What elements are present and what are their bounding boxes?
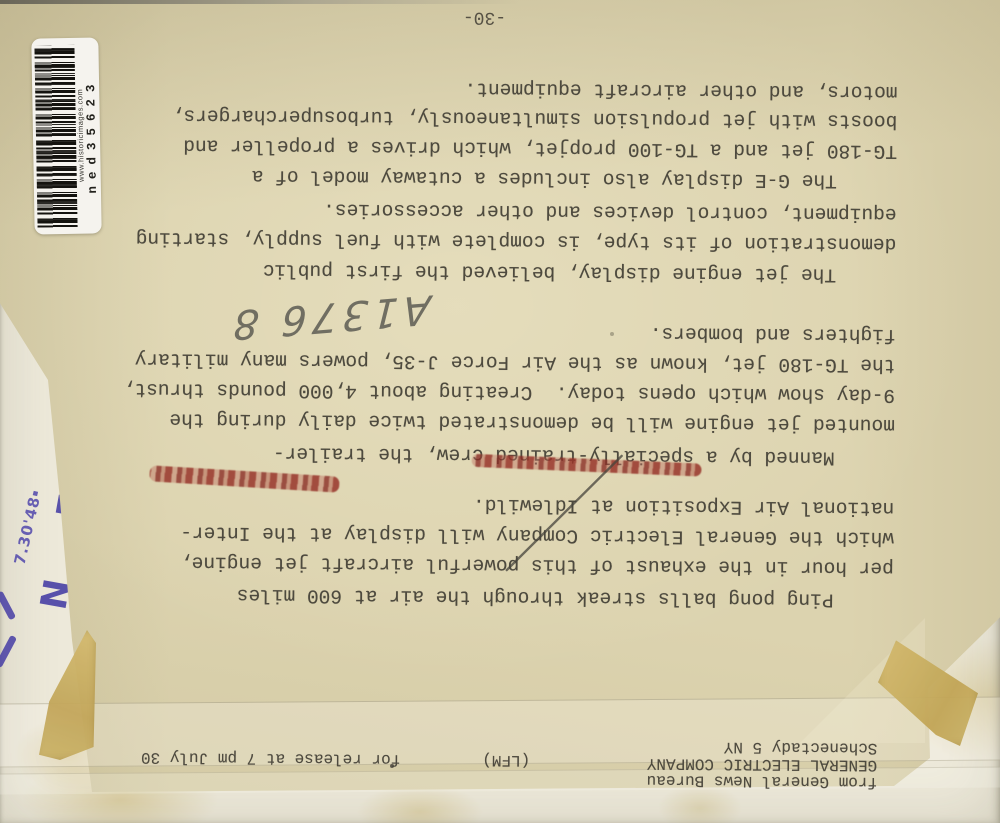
barcode [34, 45, 77, 228]
photo-top-edge [0, 0, 520, 4]
barcode-sticker: www.historicimages.com ned35623 [31, 37, 101, 234]
pen-stroke [0, 0, 1000, 823]
typed-content-rotated: from General News Bureau GENERAL ELECTRI… [0, 0, 1000, 823]
ink-speck [610, 332, 614, 336]
sticker-code-text: ned35623 [84, 77, 100, 193]
photo-back-scan: N. E. A. 7.30'48▪ from General News Bure… [0, 0, 1000, 823]
ink-speck [390, 764, 394, 768]
